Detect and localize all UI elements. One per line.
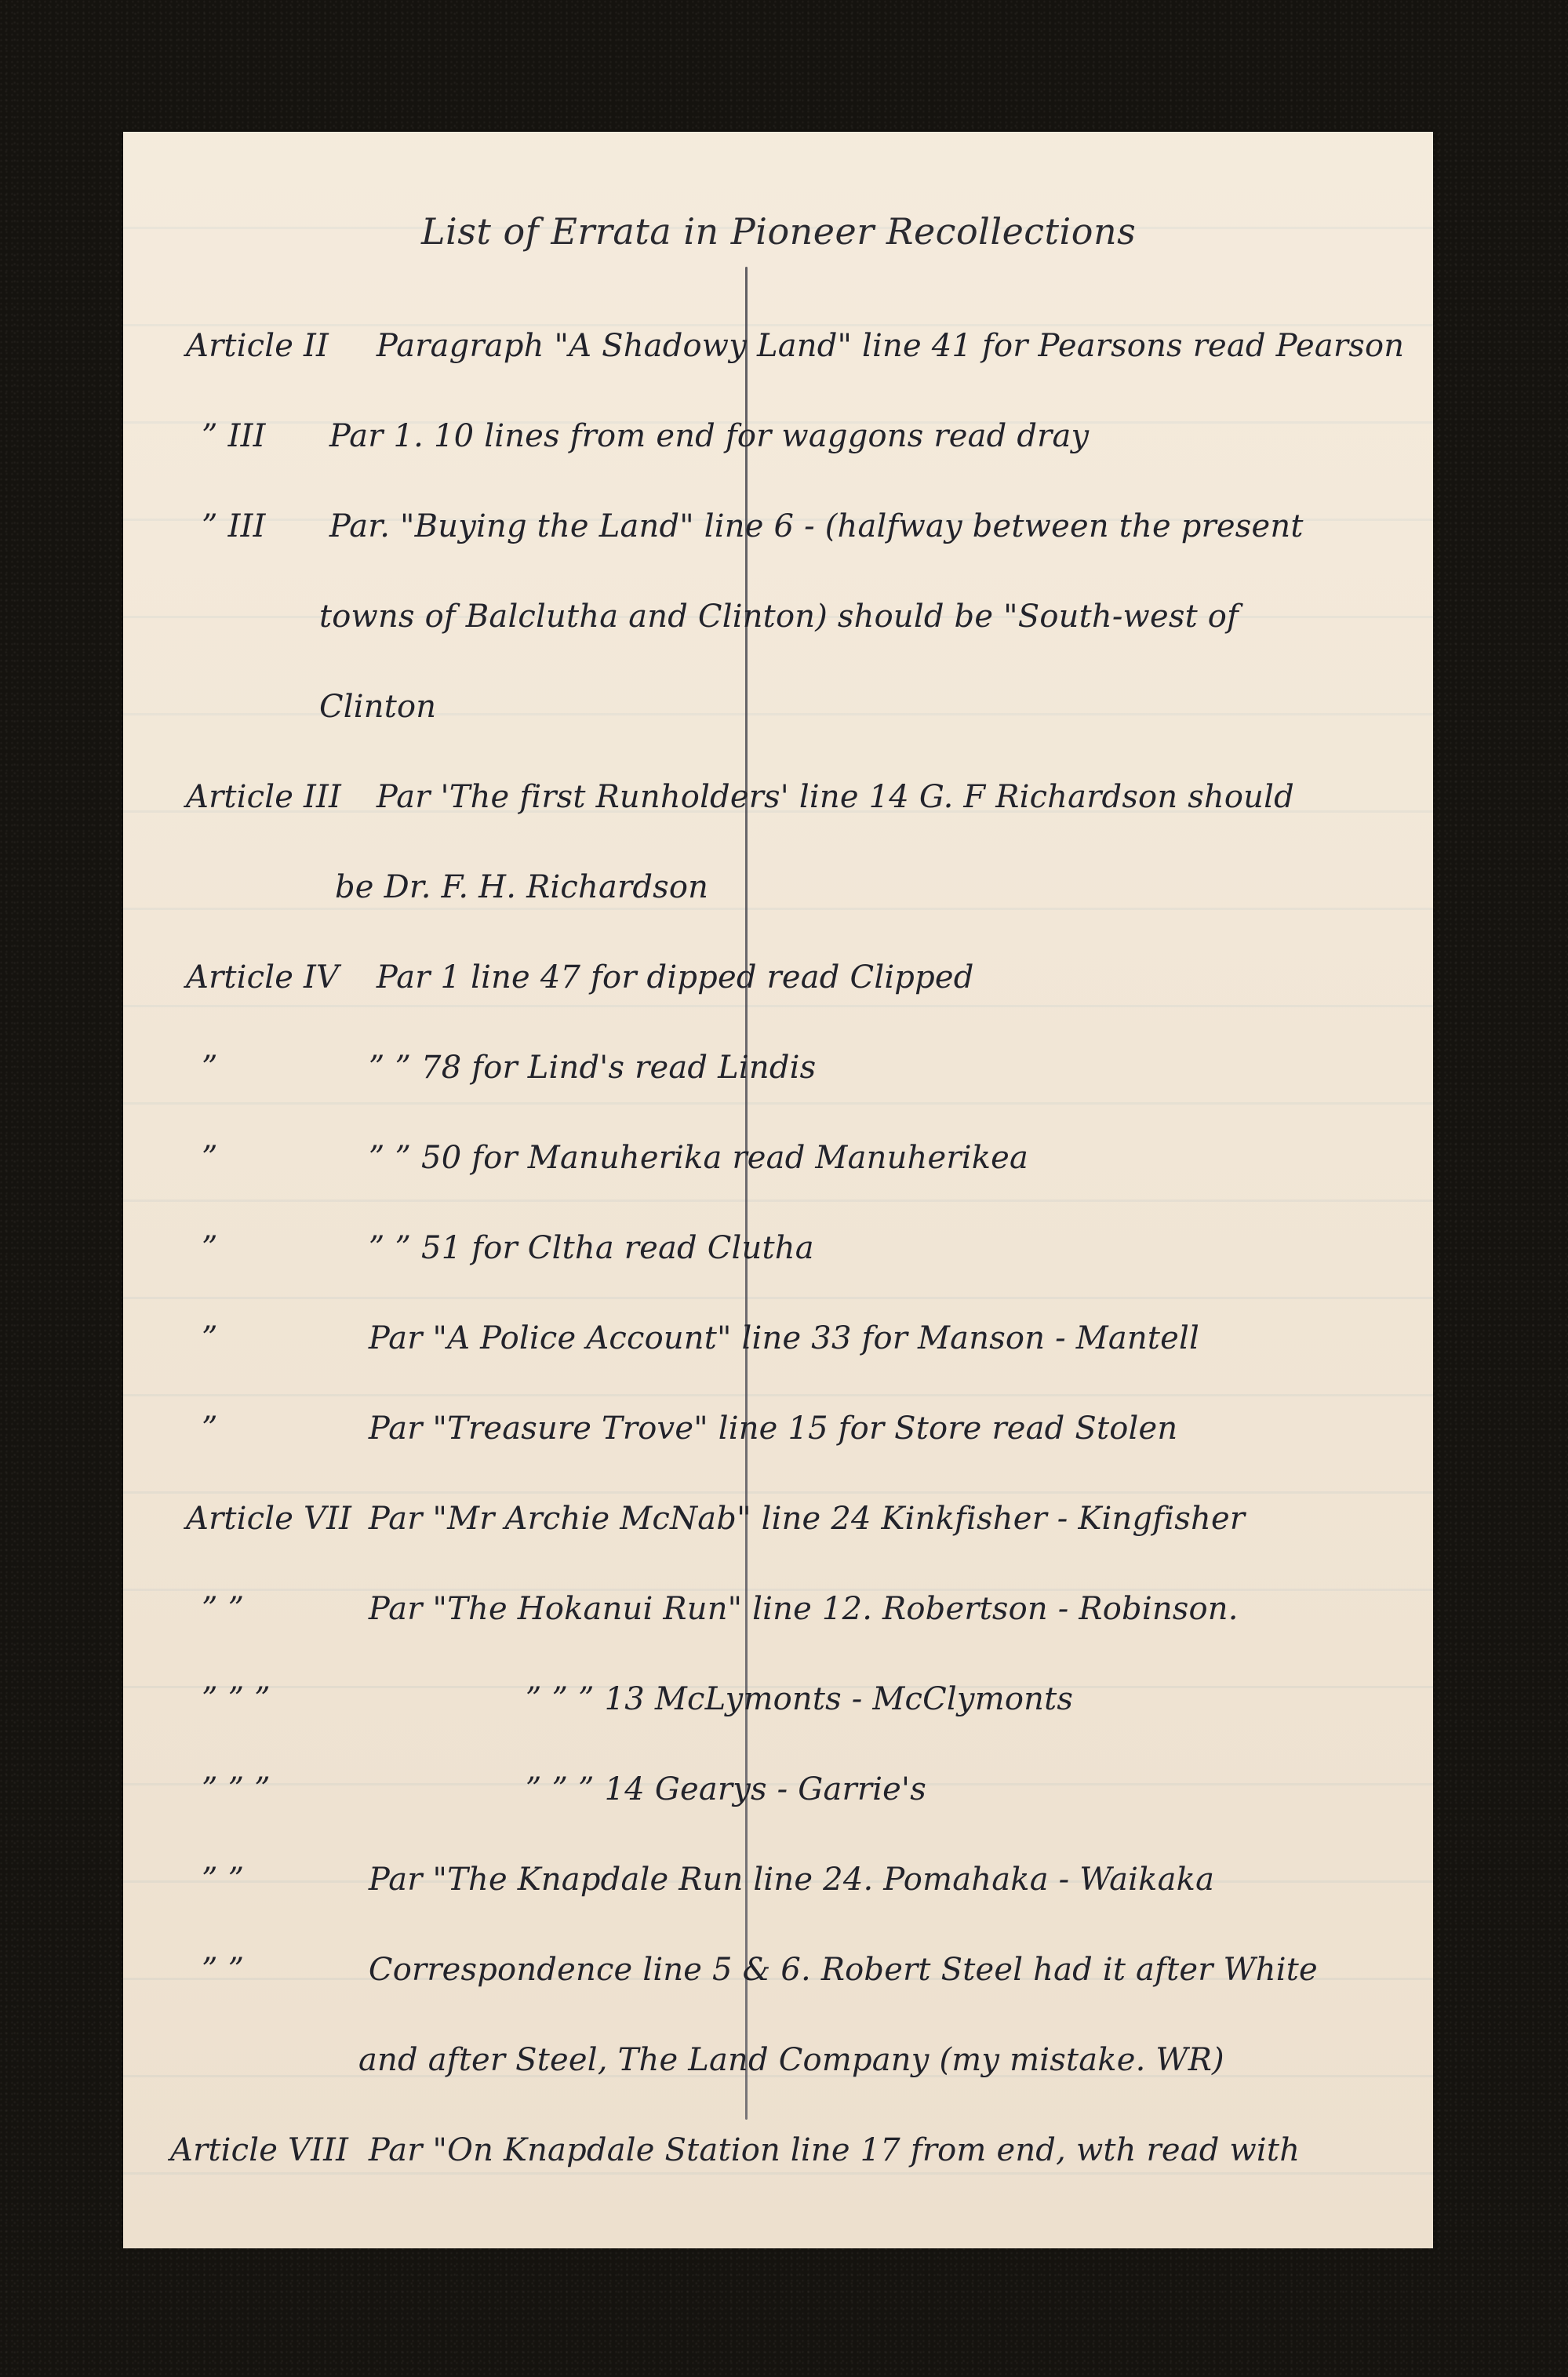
line-text: Par "Treasure Trove" line 15 for Store r… [369, 1411, 1177, 1447]
line-label: Article II [186, 328, 366, 364]
errata-line-2: ” III Par 1. 10 lines from end for waggo… [202, 418, 1089, 454]
errata-line-9: ” ” ” 78 for Lind's read Lindis [202, 1050, 816, 1086]
errata-line-15: ” ” Par "The Hokanui Run" line 12. Rober… [202, 1591, 1239, 1627]
errata-line-12: ” Par "A Police Account" line 33 for Man… [202, 1320, 1199, 1356]
errata-line-13: ” Par "Treasure Trove" line 15 for Store… [202, 1411, 1177, 1447]
errata-line-7: be Dr. F. H. Richardson [335, 869, 708, 905]
line-label: ” [202, 1050, 358, 1086]
errata-line-4: towns of Balclutha and Clinton) should b… [319, 599, 1239, 635]
line-text: Clinton [319, 689, 436, 725]
errata-line-20: and after Steel, The Land Company (my mi… [358, 2042, 1224, 2078]
errata-line-8: Article IV Par 1 line 47 for dipped read… [186, 959, 974, 996]
line-label: Article VIII [170, 2132, 358, 2168]
errata-line-17: ” ” ” ” ” ” 14 Gearys - Garrie's [202, 1771, 926, 1807]
errata-line-6: Article III Par 'The first Runholders' l… [186, 779, 1294, 815]
errata-line-5: Clinton [319, 689, 436, 725]
line-label: ” III [202, 418, 319, 454]
errata-line-10: ” ” ” 50 for Manuherika read Manuherikea [202, 1140, 1028, 1176]
line-text: Par "A Police Account" line 33 for Manso… [369, 1320, 1199, 1356]
line-text: Paragraph "A Shadowy Land" line 41 for P… [377, 328, 1404, 364]
line-label: ” [202, 1320, 358, 1356]
line-label: ” ” ” [202, 1681, 515, 1717]
line-label: ” III [202, 508, 319, 544]
page-title: List of Errata in Pioneer Recollections [421, 210, 1190, 253]
line-label: Article VII [186, 1501, 358, 1537]
line-text: Par "Mr Archie McNab" line 24 Kinkfisher… [369, 1501, 1245, 1537]
fold-line [745, 267, 748, 2120]
line-text: Par "On Knapdale Station line 17 from en… [369, 2132, 1300, 2168]
line-label: ” ” [202, 1862, 358, 1898]
line-label: Article III [186, 779, 366, 815]
errata-line-3: ” III Par. "Buying the Land" line 6 - (h… [202, 508, 1304, 544]
errata-line-21: Article VIII Par "On Knapdale Station li… [170, 2132, 1300, 2168]
errata-line-19: ” ” Correspondence line 5 & 6. Robert St… [202, 1952, 1318, 1988]
line-label: ” [202, 1230, 358, 1266]
line-text: ” ” ” 13 McLymonts - McClymonts [526, 1681, 1073, 1717]
errata-line-16: ” ” ” ” ” ” 13 McLymonts - McClymonts [202, 1681, 1073, 1717]
manuscript-page: List of Errata in Pioneer Recollections … [123, 132, 1433, 2248]
line-text: Correspondence line 5 & 6. Robert Steel … [369, 1952, 1318, 1988]
line-label: ” [202, 1411, 358, 1447]
line-text: Par. "Buying the Land" line 6 - (halfway… [329, 508, 1304, 544]
line-text: ” ” 51 for Cltha read Clutha [369, 1230, 814, 1266]
line-text: ” ” 78 for Lind's read Lindis [369, 1050, 816, 1086]
line-label: ” ” [202, 1952, 358, 1988]
line-text: Par "The Hokanui Run" line 12. Robertson… [369, 1591, 1239, 1627]
line-text: be Dr. F. H. Richardson [335, 869, 708, 905]
errata-line-18: ” ” Par "The Knapdale Run line 24. Pomah… [202, 1862, 1214, 1898]
line-text: and after Steel, The Land Company (my mi… [358, 2042, 1224, 2078]
line-text: Par 'The first Runholders' line 14 G. F … [377, 779, 1294, 815]
line-text: Par 1 line 47 for dipped read Clipped [377, 959, 974, 996]
line-text: Par 1. 10 lines from end for waggons rea… [329, 418, 1089, 454]
errata-line-11: ” ” ” 51 for Cltha read Clutha [202, 1230, 814, 1266]
line-label: ” ” [202, 1591, 358, 1627]
line-label: ” ” ” [202, 1771, 515, 1807]
errata-line-1: Article II Paragraph "A Shadowy Land" li… [186, 328, 1404, 364]
line-label: Article IV [186, 959, 366, 996]
line-label: ” [202, 1140, 358, 1176]
line-text: towns of Balclutha and Clinton) should b… [319, 599, 1239, 635]
line-text: ” ” ” 14 Gearys - Garrie's [526, 1771, 926, 1807]
errata-line-14: Article VII Par "Mr Archie McNab" line 2… [186, 1501, 1245, 1537]
line-text: Par "The Knapdale Run line 24. Pomahaka … [369, 1862, 1214, 1898]
line-text: ” ” 50 for Manuherika read Manuherikea [369, 1140, 1028, 1176]
